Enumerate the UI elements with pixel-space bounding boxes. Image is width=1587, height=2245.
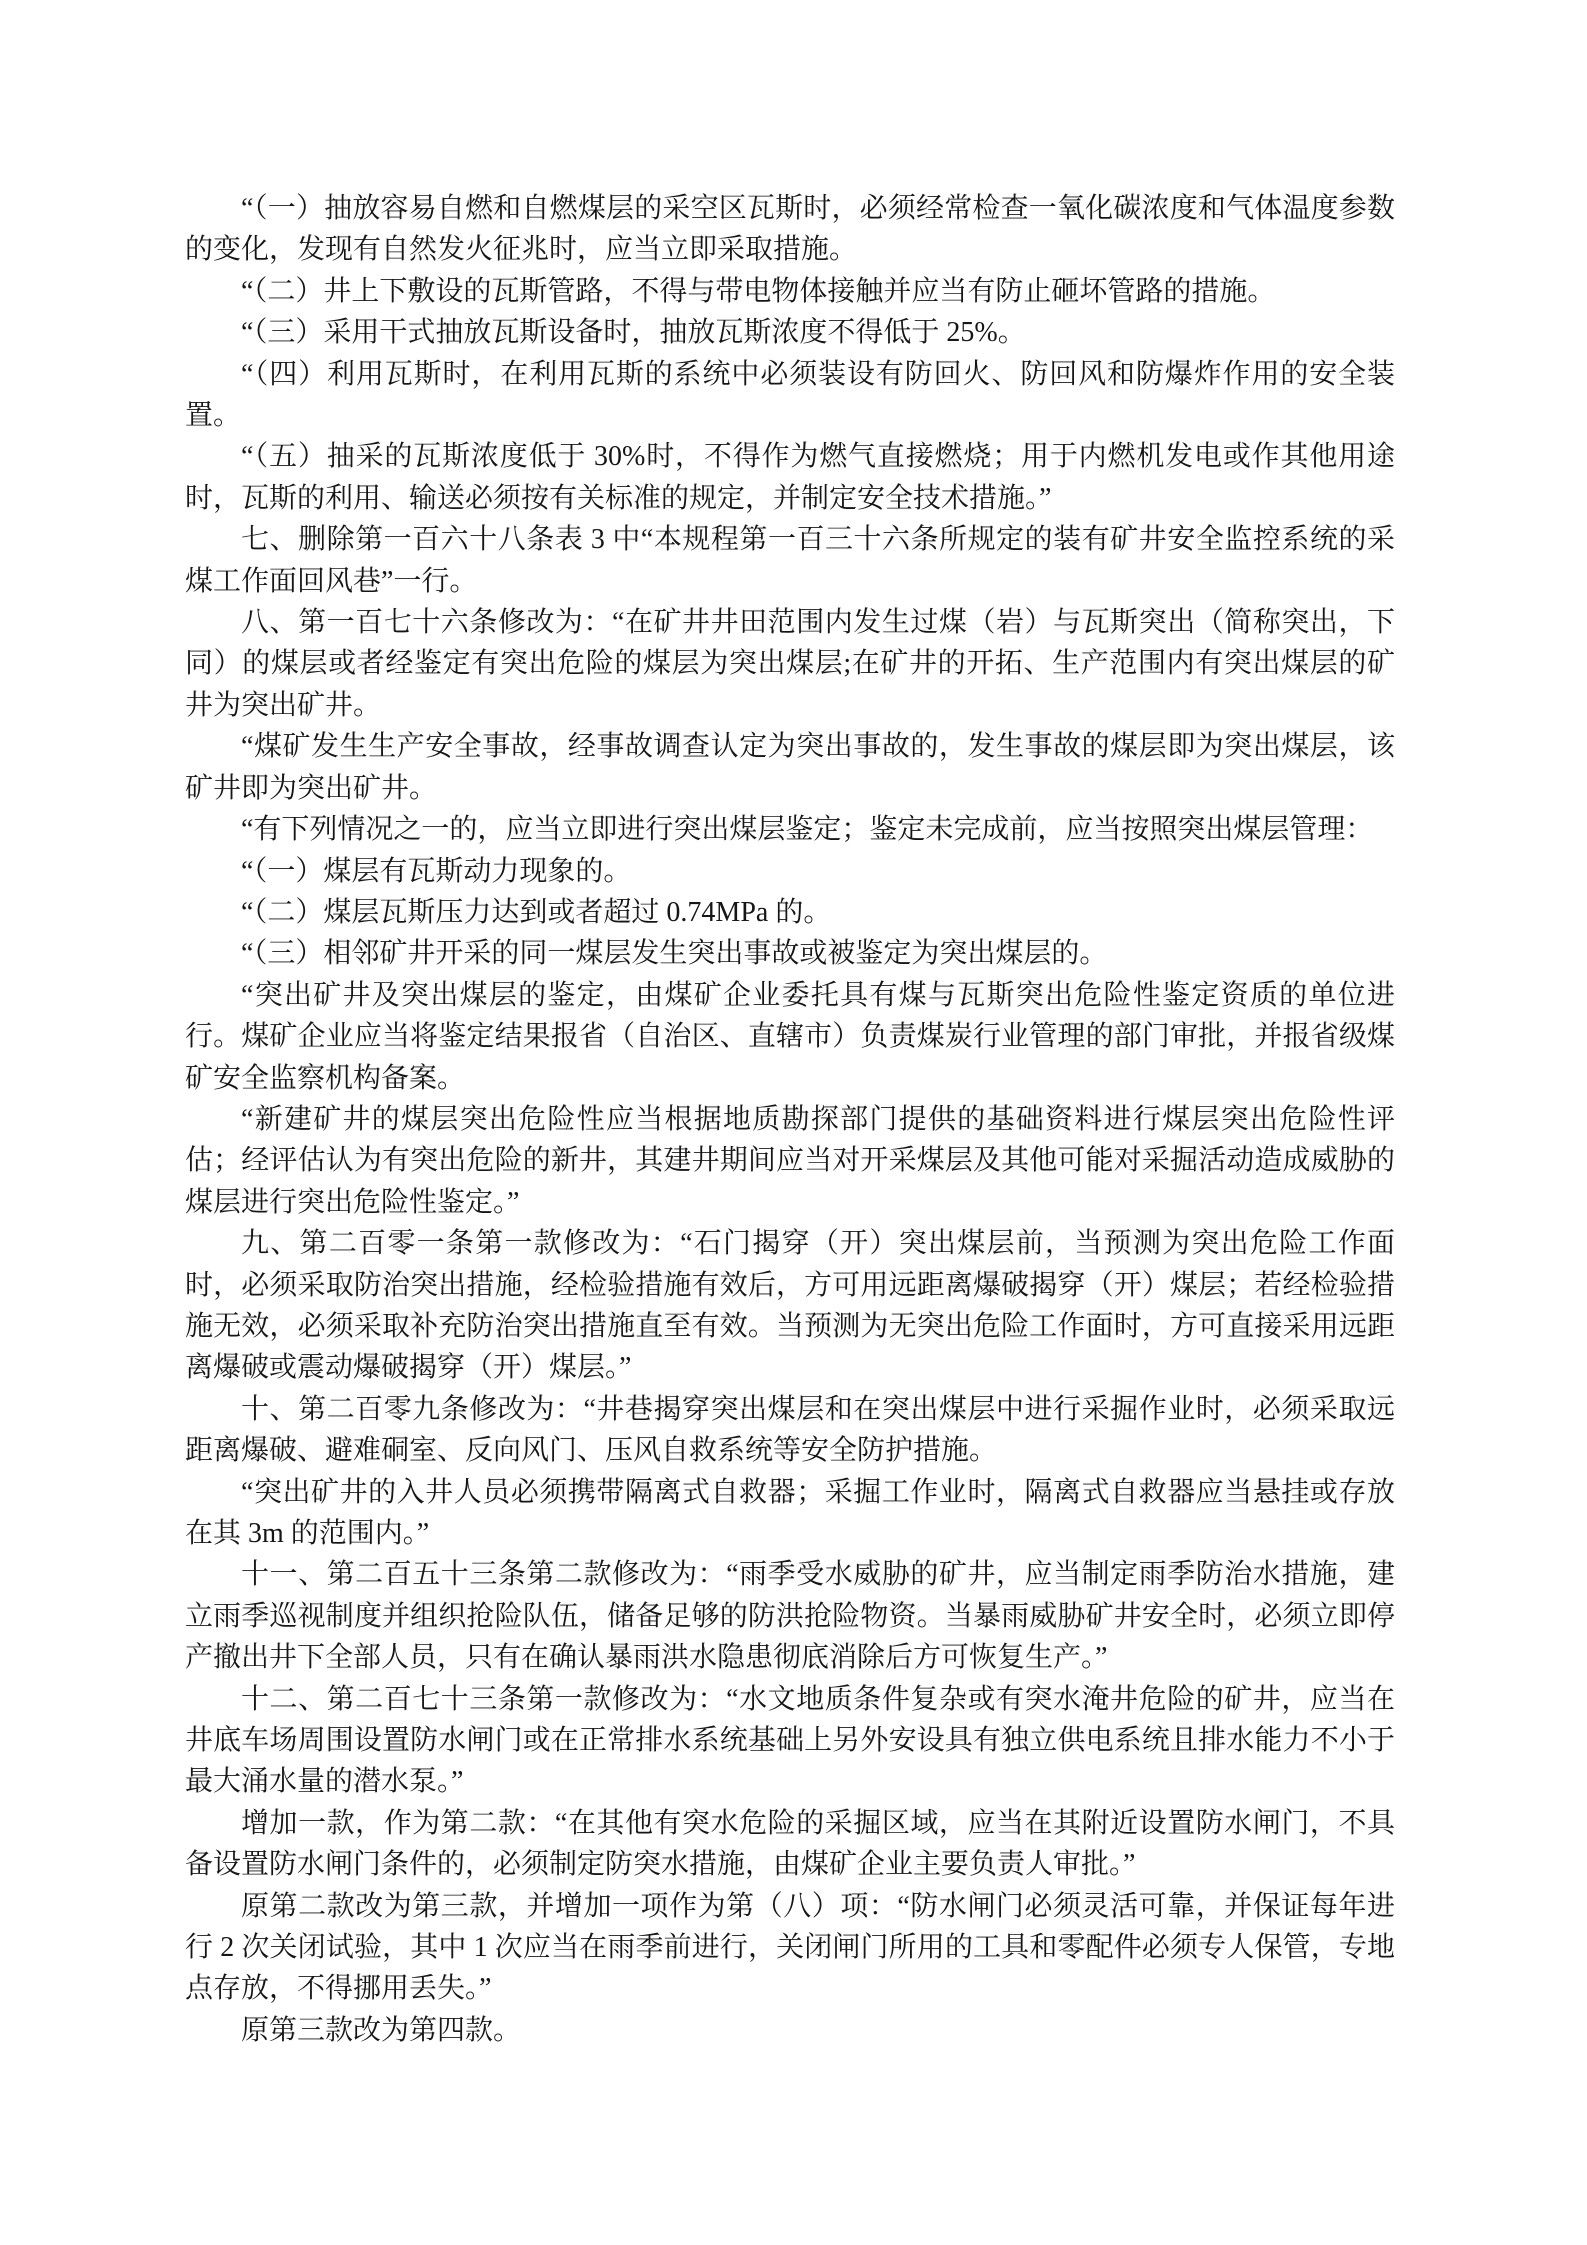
paragraph: “（一）煤层有瓦斯动力现象的。	[185, 851, 1395, 892]
paragraph: “（二）煤层瓦斯压力达到或者超过 0.74MPa 的。	[185, 892, 1395, 933]
paragraph: 八、第一百七十六条修改为：“在矿井井田范围内发生过煤（岩）与瓦斯突出（简称突出，…	[185, 602, 1395, 726]
paragraph: 原第三款改为第四款。	[185, 2010, 1395, 2051]
paragraph: 九、第二百零一条第一款修改为：“石门揭穿（开）突出煤层前，当预测为突出危险工作面…	[185, 1223, 1395, 1389]
paragraph: “（三）采用干式抽放瓦斯设备时，抽放瓦斯浓度不得低于 25%。	[185, 312, 1395, 353]
paragraph: “煤矿发生生产安全事故，经事故调查认定为突出事故的，发生事故的煤层即为突出煤层，…	[185, 726, 1395, 809]
paragraph: “有下列情况之一的，应当立即进行突出煤层鉴定；鉴定未完成前，应当按照突出煤层管理…	[185, 809, 1395, 850]
paragraph: 七、删除第一百六十八条表 3 中“本规程第一百三十六条所规定的装有矿井安全监控系…	[185, 519, 1395, 602]
paragraph: 十、第二百零九条修改为：“井巷揭穿突出煤层和在突出煤层中进行采掘作业时，必须采取…	[185, 1389, 1395, 1472]
paragraph: “（一）抽放容易自燃和自燃煤层的采空区瓦斯时，必须经常检查一氧化碳浓度和气体温度…	[185, 188, 1395, 271]
paragraph: “（三）相邻矿井开采的同一煤层发生突出事故或被鉴定为突出煤层的。	[185, 933, 1395, 974]
paragraph: 原第二款改为第三款，并增加一项作为第（八）项：“防水闸门必须灵活可靠，并保证每年…	[185, 1886, 1395, 2010]
paragraph: 增加一款，作为第二款：“在其他有突水危险的采掘区域，应当在其附近设置防水闸门，不…	[185, 1803, 1395, 1886]
paragraph: “突出矿井的入井人员必须携带隔离式自救器；采掘工作业时，隔离式自救器应当悬挂或存…	[185, 1472, 1395, 1555]
paragraph: “突出矿井及突出煤层的鉴定，由煤矿企业委托具有煤与瓦斯突出危险性鉴定资质的单位进…	[185, 975, 1395, 1099]
paragraph: 十一、第二百五十三条第二款修改为：“雨季受水威胁的矿井，应当制定雨季防治水措施，…	[185, 1554, 1395, 1678]
paragraph: “（五）抽采的瓦斯浓度低于 30%时，不得作为燃气直接燃烧；用于内燃机发电或作其…	[185, 436, 1395, 519]
paragraph: “（二）井上下敷设的瓦斯管路，不得与带电物体接触并应当有防止砸坏管路的措施。	[185, 271, 1395, 312]
document-page: “（一）抽放容易自燃和自燃煤层的采空区瓦斯时，必须经常检查一氧化碳浓度和气体温度…	[0, 0, 1587, 2245]
document-body: “（一）抽放容易自燃和自燃煤层的采空区瓦斯时，必须经常检查一氧化碳浓度和气体温度…	[185, 188, 1395, 2051]
paragraph: “（四）利用瓦斯时，在利用瓦斯的系统中必须装设有防回火、防回风和防爆炸作用的安全…	[185, 354, 1395, 437]
paragraph: 十二、第二百七十三条第一款修改为：“水文地质条件复杂或有突水淹井危险的矿井，应当…	[185, 1679, 1395, 1803]
paragraph: “新建矿井的煤层突出危险性应当根据地质勘探部门提供的基础资料进行煤层突出危险性评…	[185, 1099, 1395, 1223]
